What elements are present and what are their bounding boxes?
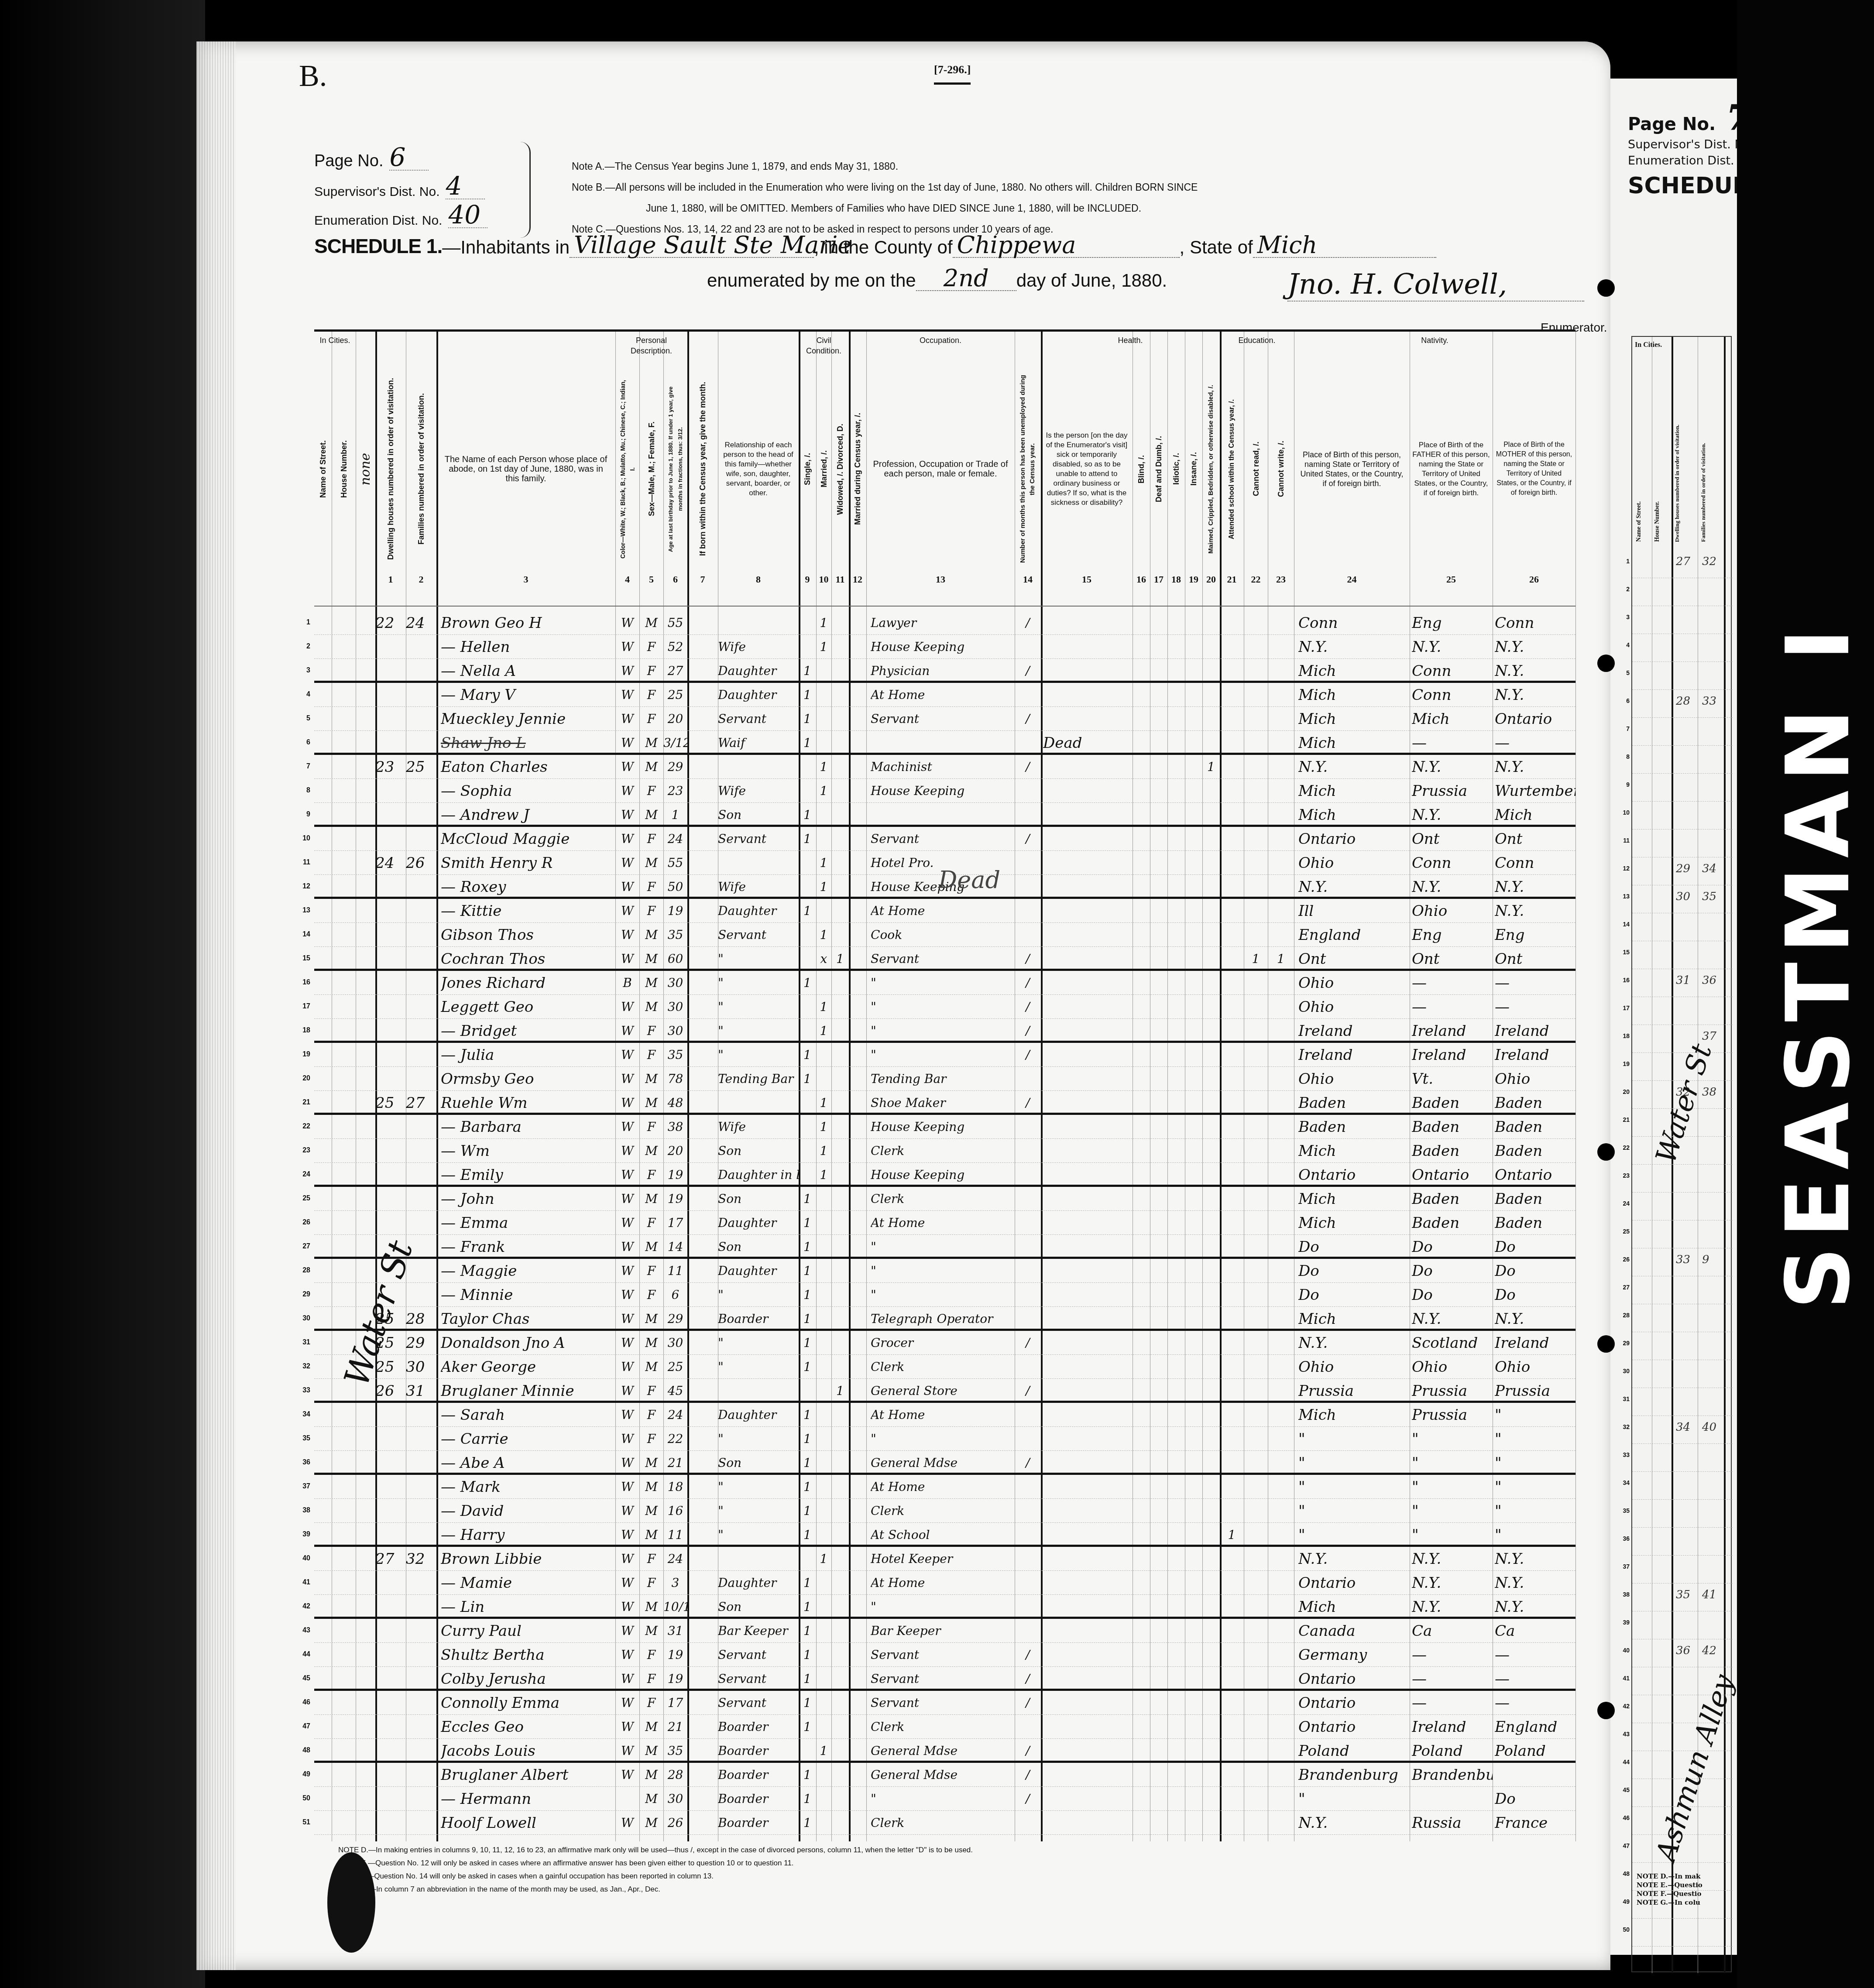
birthplace: Mich bbox=[1298, 1213, 1407, 1234]
color: W bbox=[615, 1765, 639, 1786]
relationship: Boarder bbox=[718, 1813, 799, 1834]
row-number: 3 bbox=[295, 667, 310, 675]
cannot-write-mark bbox=[1268, 1237, 1294, 1258]
unemployed-mark: / bbox=[1015, 1093, 1041, 1114]
sickness bbox=[1043, 1117, 1130, 1138]
cannot-read-mark bbox=[1244, 661, 1268, 682]
page7-dwelling-number: 35 bbox=[1676, 1588, 1690, 1601]
occupation: General Mdse bbox=[871, 1765, 1015, 1786]
family-number bbox=[406, 1645, 436, 1666]
unemployed-mark bbox=[1015, 805, 1041, 826]
family-number bbox=[406, 1141, 436, 1162]
widowed-mark bbox=[831, 1549, 849, 1570]
married-mark bbox=[816, 973, 831, 994]
single-mark bbox=[799, 1117, 816, 1138]
birthplace: Mich bbox=[1298, 733, 1407, 754]
relationship: Boarder bbox=[718, 1741, 799, 1762]
married-mark bbox=[816, 1237, 831, 1258]
relationship: Son bbox=[718, 1237, 799, 1258]
header-c23: Cannot write, /. bbox=[1268, 371, 1294, 567]
page7-header-dwelling: Dwelling houses numbered in order of vis… bbox=[1674, 354, 1698, 542]
married-mark bbox=[816, 733, 831, 754]
page7-row-number: 32 bbox=[1616, 1423, 1630, 1430]
widowed-mark bbox=[831, 1477, 849, 1498]
family-number bbox=[406, 1213, 436, 1234]
sickness bbox=[1043, 1765, 1130, 1786]
sex: F bbox=[639, 781, 663, 802]
single-mark bbox=[799, 1381, 816, 1402]
single-mark: 1 bbox=[799, 1357, 816, 1378]
dwelling-number: 25 bbox=[375, 1093, 406, 1114]
father-birthplace: N.Y. bbox=[1412, 1309, 1493, 1330]
age: 1 bbox=[663, 805, 687, 826]
cannot-write-mark bbox=[1268, 1021, 1294, 1042]
unemployed-mark bbox=[1015, 1357, 1041, 1378]
sickness bbox=[1043, 1717, 1130, 1738]
color: W bbox=[615, 613, 639, 634]
note-b-line-2: June 1, 1880, will be OMITTED. Members o… bbox=[572, 198, 1575, 219]
married-mark bbox=[816, 685, 831, 706]
cannot-read-mark bbox=[1244, 1285, 1268, 1306]
single-mark: 1 bbox=[799, 709, 816, 730]
family-number bbox=[406, 829, 436, 850]
unemployed-mark bbox=[1015, 733, 1041, 754]
mother-birthplace: Ireland bbox=[1495, 1333, 1575, 1354]
page7-family-number: 42 bbox=[1702, 1644, 1716, 1657]
page7-group-in-cities: In Cities. bbox=[1635, 341, 1662, 349]
cannot-read-mark bbox=[1244, 685, 1268, 706]
color: W bbox=[615, 1357, 639, 1378]
row-number: 26 bbox=[295, 1219, 310, 1227]
cannot-write-mark bbox=[1268, 1741, 1294, 1762]
color: W bbox=[615, 1165, 639, 1186]
school-mark bbox=[1220, 1237, 1244, 1258]
sex: F bbox=[639, 1693, 663, 1714]
sickness bbox=[1043, 613, 1130, 634]
single-mark: 1 bbox=[799, 1261, 816, 1282]
day-suffix: day of June, 1880. bbox=[1016, 270, 1167, 291]
page7-row-number: 19 bbox=[1616, 1060, 1630, 1067]
school-mark bbox=[1220, 949, 1244, 970]
row-number: 39 bbox=[295, 1531, 310, 1539]
school-mark bbox=[1220, 1141, 1244, 1162]
family-number bbox=[406, 685, 436, 706]
school-mark bbox=[1220, 1213, 1244, 1234]
unemployed-mark: / bbox=[1015, 1765, 1041, 1786]
father-birthplace: " bbox=[1412, 1453, 1493, 1474]
page7-row-number: 11 bbox=[1616, 837, 1630, 844]
header-c24: Place of Birth of this person, naming St… bbox=[1298, 371, 1405, 567]
header-c26: Place of Birth of the MOTHER of this per… bbox=[1495, 371, 1573, 567]
table-row: 19— JuliaWF35"1"/IrelandIrelandIreland bbox=[314, 1043, 1575, 1067]
father-birthplace: Baden bbox=[1412, 1213, 1493, 1234]
married-mark: 1 bbox=[816, 997, 831, 1018]
enumerated-label: enumerated by me on the bbox=[707, 270, 916, 291]
table-row: 22— BarbaraWF38Wife1House KeepingBadenBa… bbox=[314, 1115, 1575, 1139]
school-mark bbox=[1220, 1573, 1244, 1594]
page7-row-rule bbox=[1632, 1583, 1733, 1584]
page7-row-number: 16 bbox=[1616, 977, 1630, 984]
relationship: Servant bbox=[718, 1693, 799, 1714]
mother-birthplace: N.Y. bbox=[1495, 757, 1575, 778]
maimed-mark bbox=[1202, 1429, 1220, 1450]
sickness bbox=[1043, 829, 1130, 850]
dwelling-number bbox=[375, 685, 406, 706]
colnum-24: 24 bbox=[1294, 574, 1410, 585]
dwelling-number bbox=[375, 1165, 406, 1186]
occupation: Physician bbox=[871, 661, 1015, 682]
school-mark bbox=[1220, 1069, 1244, 1090]
row-number: 25 bbox=[295, 1195, 310, 1203]
color: W bbox=[615, 1021, 639, 1042]
color: W bbox=[615, 1285, 639, 1306]
cannot-read-mark bbox=[1244, 805, 1268, 826]
mother-birthplace: Do bbox=[1495, 1261, 1575, 1282]
page7-row-number: 44 bbox=[1616, 1758, 1630, 1765]
person-name: Brown Geo H bbox=[441, 613, 615, 634]
row-number: 8 bbox=[295, 787, 310, 795]
color: W bbox=[615, 1645, 639, 1666]
cannot-write-mark bbox=[1268, 1501, 1294, 1522]
cannot-write-mark bbox=[1268, 1093, 1294, 1114]
cannot-write-mark bbox=[1268, 1189, 1294, 1210]
cannot-read-mark bbox=[1244, 1309, 1268, 1330]
row-number: 32 bbox=[295, 1363, 310, 1371]
cannot-write-mark bbox=[1268, 1309, 1294, 1330]
sickness bbox=[1043, 1045, 1130, 1066]
relationship: " bbox=[718, 1045, 799, 1066]
maimed-mark bbox=[1202, 1045, 1220, 1066]
unemployed-mark bbox=[1015, 1309, 1041, 1330]
sex: M bbox=[639, 1309, 663, 1330]
page7-row-rule bbox=[1632, 1220, 1733, 1220]
married-mark: 1 bbox=[816, 757, 831, 778]
book-binding-edge bbox=[0, 0, 205, 1988]
sex: M bbox=[639, 1333, 663, 1354]
school-mark bbox=[1220, 613, 1244, 634]
mother-birthplace: N.Y. bbox=[1495, 1309, 1575, 1330]
cannot-read-mark bbox=[1244, 1141, 1268, 1162]
page7-entry: 3035 bbox=[1632, 886, 1733, 908]
page7-row-rule bbox=[1632, 885, 1733, 885]
page7-row-rule bbox=[1632, 662, 1733, 662]
table-row: 45Colby JerushaWF19Servant1Servant/Ontar… bbox=[314, 1667, 1575, 1691]
family-number bbox=[406, 1165, 436, 1186]
state-field: Mich bbox=[1253, 233, 1436, 258]
single-mark: 1 bbox=[799, 1189, 816, 1210]
cannot-write-mark bbox=[1268, 637, 1294, 658]
sickness bbox=[1043, 1501, 1130, 1522]
row-number: 23 bbox=[295, 1147, 310, 1155]
relationship: " bbox=[718, 1357, 799, 1378]
widowed-mark bbox=[831, 1165, 849, 1186]
table-row: 5Mueckley JennieWF20Servant1Servant/Mich… bbox=[314, 707, 1575, 731]
married-mark bbox=[816, 1309, 831, 1330]
birthplace: " bbox=[1298, 1789, 1407, 1810]
school-mark bbox=[1220, 853, 1244, 874]
person-name: Ruehle Wm bbox=[441, 1093, 615, 1114]
sex: M bbox=[639, 997, 663, 1018]
maimed-mark: 1 bbox=[1202, 757, 1220, 778]
mother-birthplace: — bbox=[1495, 1693, 1575, 1714]
table-row: 18— BridgetWF30"1"/IrelandIrelandIreland bbox=[314, 1019, 1575, 1043]
birthplace: Baden bbox=[1298, 1117, 1407, 1138]
dwelling-number bbox=[375, 661, 406, 682]
married-mark bbox=[816, 901, 831, 922]
family-number bbox=[406, 1285, 436, 1306]
table-row: 402732Brown LibbieWF241Hotel KeeperN.Y.N… bbox=[314, 1547, 1575, 1571]
school-mark bbox=[1220, 997, 1244, 1018]
mother-birthplace: Mich bbox=[1495, 805, 1575, 826]
dwelling-number bbox=[375, 829, 406, 850]
single-mark: 1 bbox=[799, 1645, 816, 1666]
row-number: 22 bbox=[295, 1123, 310, 1131]
page7-entry: 3541 bbox=[1632, 1584, 1733, 1607]
maimed-mark bbox=[1202, 973, 1220, 994]
cannot-write-mark bbox=[1268, 1597, 1294, 1618]
family-number bbox=[406, 901, 436, 922]
row-number: 24 bbox=[295, 1171, 310, 1179]
color: W bbox=[615, 1573, 639, 1594]
relationship: Son bbox=[718, 1141, 799, 1162]
age: 28 bbox=[663, 1765, 687, 1786]
occupation: At School bbox=[871, 1525, 1015, 1546]
cannot-read-mark bbox=[1244, 1741, 1268, 1762]
sickness bbox=[1043, 1525, 1130, 1546]
mother-birthplace: Ireland bbox=[1495, 1045, 1575, 1066]
unemployed-mark: / bbox=[1015, 1741, 1041, 1762]
sickness bbox=[1043, 925, 1130, 946]
row-number: 17 bbox=[295, 1003, 310, 1011]
school-mark bbox=[1220, 1021, 1244, 1042]
cannot-write-mark bbox=[1268, 1429, 1294, 1450]
single-mark: 1 bbox=[799, 1477, 816, 1498]
relationship: " bbox=[718, 1525, 799, 1546]
cannot-read-mark bbox=[1244, 1021, 1268, 1042]
cannot-read-mark bbox=[1244, 1597, 1268, 1618]
school-mark bbox=[1220, 781, 1244, 802]
page7-family-number: 9 bbox=[1702, 1253, 1709, 1266]
page7-row-rule bbox=[1632, 1025, 1733, 1025]
dwelling-number bbox=[375, 1069, 406, 1090]
page7-note-e: NOTE E.—Questio bbox=[1637, 1881, 1702, 1889]
sickness bbox=[1043, 949, 1130, 970]
mother-birthplace: N.Y. bbox=[1495, 877, 1575, 898]
cannot-read-mark: 1 bbox=[1244, 949, 1268, 970]
sickness bbox=[1043, 997, 1130, 1018]
age: 29 bbox=[663, 757, 687, 778]
table-row: 24— EmilyWF19Daughter in law1House Keepi… bbox=[314, 1163, 1575, 1187]
sex: F bbox=[639, 877, 663, 898]
header-c5: Sex—Male, M.; Female, F. bbox=[639, 371, 663, 567]
birthplace: Do bbox=[1298, 1237, 1407, 1258]
table-row: 41— MamieWF3Daughter1At HomeOntarioN.Y.N… bbox=[314, 1571, 1575, 1595]
mother-birthplace: " bbox=[1495, 1429, 1575, 1450]
married-mark bbox=[816, 1213, 831, 1234]
sickness bbox=[1043, 1693, 1130, 1714]
relationship: Wife bbox=[718, 1117, 799, 1138]
single-mark: 1 bbox=[799, 1813, 816, 1834]
person-name: — Harry bbox=[441, 1525, 615, 1546]
cannot-read-mark bbox=[1244, 1405, 1268, 1426]
age: 11 bbox=[663, 1261, 687, 1282]
sex: F bbox=[639, 829, 663, 850]
sex: M bbox=[639, 1357, 663, 1378]
colnum-19: 19 bbox=[1185, 574, 1202, 585]
birthplace: " bbox=[1298, 1525, 1407, 1546]
father-birthplace: N.Y. bbox=[1412, 1597, 1493, 1618]
cannot-write-mark bbox=[1268, 1549, 1294, 1570]
person-name: — Roxey bbox=[441, 877, 615, 898]
school-mark bbox=[1220, 877, 1244, 898]
family-number: 28 bbox=[406, 1309, 436, 1330]
relationship: Waif bbox=[718, 733, 799, 754]
mother-birthplace: N.Y. bbox=[1495, 1549, 1575, 1570]
mother-birthplace: — bbox=[1495, 1669, 1575, 1690]
school-mark: 1 bbox=[1220, 1525, 1244, 1546]
row-number: 42 bbox=[295, 1603, 310, 1611]
birthplace: Baden bbox=[1298, 1093, 1407, 1114]
unemployed-mark bbox=[1015, 877, 1041, 898]
header-c3: The Name of each Person whose place of a… bbox=[441, 371, 611, 567]
unemployed-mark: / bbox=[1015, 1645, 1041, 1666]
relationship: " bbox=[718, 1021, 799, 1042]
dwelling-number bbox=[375, 1813, 406, 1834]
mother-birthplace: Eng bbox=[1495, 925, 1575, 946]
age: 25 bbox=[663, 1357, 687, 1378]
color: W bbox=[615, 661, 639, 682]
widowed-mark bbox=[831, 901, 849, 922]
mother-birthplace: — bbox=[1495, 973, 1575, 994]
binder-hole bbox=[1597, 279, 1615, 297]
table-row: 23— WmWM20Son1ClerkMichBadenBaden bbox=[314, 1139, 1575, 1163]
cannot-write-mark bbox=[1268, 613, 1294, 634]
dwelling-number bbox=[375, 1213, 406, 1234]
page7-row-rule bbox=[1632, 969, 1733, 969]
row-number: 12 bbox=[295, 883, 310, 891]
cannot-read-mark bbox=[1244, 877, 1268, 898]
school-mark bbox=[1220, 901, 1244, 922]
father-birthplace: — bbox=[1412, 733, 1493, 754]
sickness bbox=[1043, 1405, 1130, 1426]
colnum-8: 8 bbox=[718, 574, 799, 585]
occupation: " bbox=[871, 1429, 1015, 1450]
dwelling-number bbox=[375, 925, 406, 946]
single-mark bbox=[799, 613, 816, 634]
cannot-write-mark bbox=[1268, 829, 1294, 850]
father-birthplace: Ireland bbox=[1412, 1717, 1493, 1738]
mother-birthplace: N.Y. bbox=[1495, 1597, 1575, 1618]
occupation: Grocer bbox=[871, 1333, 1015, 1354]
widowed-mark bbox=[831, 757, 849, 778]
page7-row-rule bbox=[1632, 913, 1733, 913]
person-name: Hoolf Lowell bbox=[441, 1813, 615, 1834]
mother-birthplace: Wurtemberg bbox=[1495, 781, 1575, 802]
father-birthplace: Baden bbox=[1412, 1189, 1493, 1210]
page7-row-number: 23 bbox=[1616, 1172, 1630, 1179]
page7-row-number: 10 bbox=[1616, 809, 1630, 816]
row-number: 40 bbox=[295, 1555, 310, 1563]
birthplace: Mich bbox=[1298, 1189, 1407, 1210]
color: W bbox=[615, 1453, 639, 1474]
page7-footnotes: NOTE D.—In mak NOTE E.—Questio NOTE F.—Q… bbox=[1637, 1872, 1702, 1907]
cannot-read-mark bbox=[1244, 1525, 1268, 1546]
sex: F bbox=[639, 1429, 663, 1450]
married-mark: 1 bbox=[816, 1549, 831, 1570]
footnote-e: NOTE E.—Question No. 12 will only be ask… bbox=[338, 1857, 973, 1870]
colnum-11: 11 bbox=[831, 574, 849, 585]
cannot-read-mark bbox=[1244, 1069, 1268, 1090]
occupation: At Home bbox=[871, 1573, 1015, 1594]
colnum-6: 6 bbox=[663, 574, 687, 585]
family-number bbox=[406, 781, 436, 802]
relationship: Daughter bbox=[718, 901, 799, 922]
birthplace: " bbox=[1298, 1501, 1407, 1522]
sickness bbox=[1043, 1213, 1130, 1234]
sickness bbox=[1043, 1477, 1130, 1498]
widowed-mark bbox=[831, 1237, 849, 1258]
table-row: 37— MarkWM18"1At Home""" bbox=[314, 1475, 1575, 1499]
cannot-read-mark bbox=[1244, 973, 1268, 994]
cannot-write-mark bbox=[1268, 733, 1294, 754]
colnum-25: 25 bbox=[1410, 574, 1493, 585]
relationship bbox=[718, 613, 799, 634]
table-row: 29— MinnieWF6"1"DoDoDo bbox=[314, 1283, 1575, 1307]
cannot-read-mark bbox=[1244, 901, 1268, 922]
maimed-mark bbox=[1202, 1309, 1220, 1330]
schedule-line-1: SCHEDULE 1. —Inhabitants in Village Saul… bbox=[314, 233, 1436, 258]
unemployed-mark bbox=[1015, 685, 1041, 706]
unemployed-mark: / bbox=[1015, 1693, 1041, 1714]
page7-dwelling-number: 27 bbox=[1676, 555, 1690, 568]
family-number bbox=[406, 709, 436, 730]
occupation: Machinist bbox=[871, 757, 1015, 778]
row-number: 46 bbox=[295, 1699, 310, 1707]
cannot-read-mark bbox=[1244, 1789, 1268, 1810]
maimed-mark bbox=[1202, 1573, 1220, 1594]
family-number bbox=[406, 1069, 436, 1090]
married-mark: 1 bbox=[816, 781, 831, 802]
age: 24 bbox=[663, 1549, 687, 1570]
widowed-mark bbox=[831, 1573, 849, 1594]
color: W bbox=[615, 1333, 639, 1354]
page7-row-rule bbox=[1632, 829, 1733, 829]
sickness bbox=[1043, 1261, 1130, 1282]
married-mark bbox=[816, 1381, 831, 1402]
footnote-f: NOTE F.—Question No. 14 will only be ask… bbox=[338, 1870, 973, 1883]
cannot-read-mark bbox=[1244, 997, 1268, 1018]
row-number: 31 bbox=[295, 1339, 310, 1347]
table-row: 2— HellenWF52Wife1House KeepingN.Y.N.Y.N… bbox=[314, 635, 1575, 659]
widowed-mark bbox=[831, 1261, 849, 1282]
married-mark bbox=[816, 1669, 831, 1690]
widowed-mark bbox=[831, 1501, 849, 1522]
color: W bbox=[615, 1525, 639, 1546]
age: 19 bbox=[663, 1669, 687, 1690]
school-mark bbox=[1220, 1477, 1244, 1498]
married-mark: 1 bbox=[816, 1021, 831, 1042]
header-c11: Widowed, /. Divorced, D. bbox=[831, 371, 849, 567]
cannot-write-mark bbox=[1268, 1405, 1294, 1426]
color: W bbox=[615, 1045, 639, 1066]
cannot-read-mark bbox=[1244, 1429, 1268, 1450]
family-number: 27 bbox=[406, 1093, 436, 1114]
occupation: At Home bbox=[871, 901, 1015, 922]
cannot-write-mark bbox=[1268, 1669, 1294, 1690]
married-mark: 1 bbox=[816, 925, 831, 946]
cannot-write-mark bbox=[1268, 877, 1294, 898]
header-c1: Dwelling houses numbered in order of vis… bbox=[375, 371, 406, 567]
